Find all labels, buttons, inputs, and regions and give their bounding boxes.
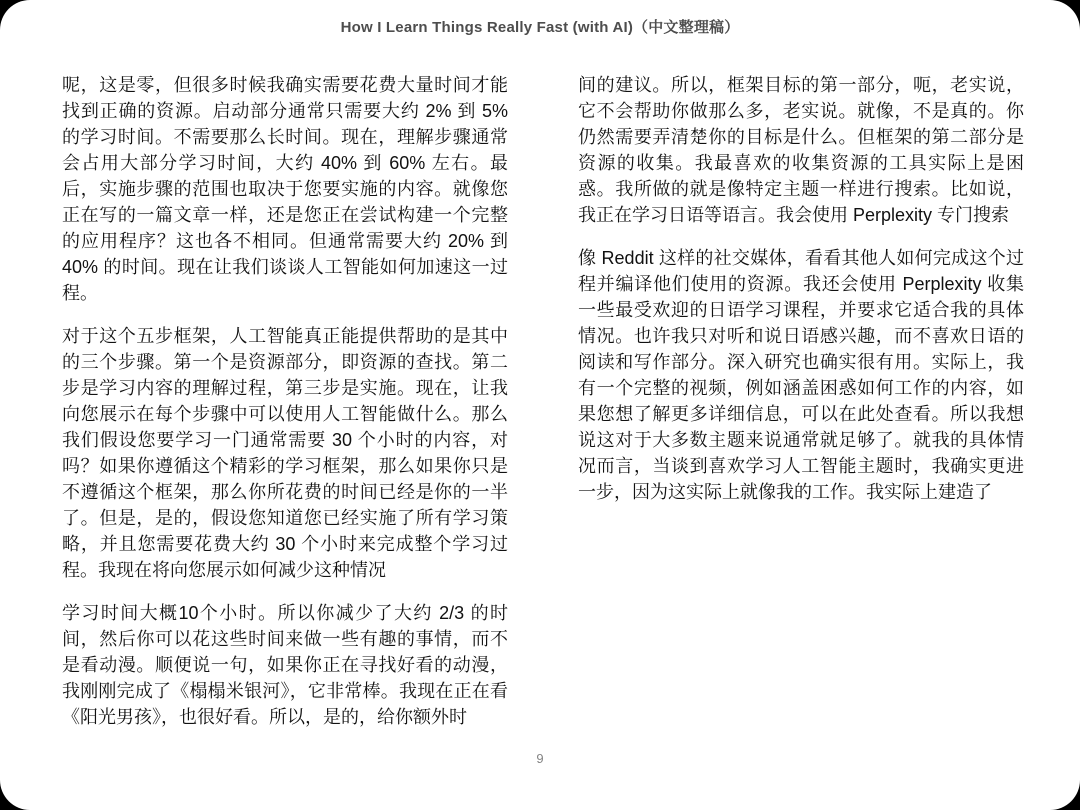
paragraph: 呢，这是零，但很多时候我确实需要花费大量时间才能找到正确的资源。启动部分通常只需…	[62, 72, 508, 306]
page-number: 9	[0, 751, 1080, 766]
text-column-right: 间的建议。所以，框架目标的第一部分，呃，老实说，它不会帮助你做那么多，老实说。就…	[578, 72, 1024, 747]
document-title: How I Learn Things Really Fast (with AI)…	[0, 16, 1080, 37]
paragraph: 对于这个五步框架，人工智能真正能提供帮助的是其中的三个步骤。第一个是资源部分，即…	[62, 323, 508, 583]
paragraph: 学习时间大概10个小时。所以你减少了大约 2/3 的时间，然后你可以花这些时间来…	[62, 600, 508, 730]
text-column-left: 呢，这是零，但很多时候我确实需要花费大量时间才能找到正确的资源。启动部分通常只需…	[62, 72, 508, 747]
paragraph: 间的建议。所以，框架目标的第一部分，呃，老实说，它不会帮助你做那么多，老实说。就…	[578, 72, 1024, 228]
page-content: 呢，这是零，但很多时候我确实需要花费大量时间才能找到正确的资源。启动部分通常只需…	[62, 72, 1024, 747]
document-page: How I Learn Things Really Fast (with AI)…	[0, 0, 1080, 810]
paragraph: 像 Reddit 这样的社交媒体，看看其他人如何完成这个过程并编译他们使用的资源…	[578, 245, 1024, 505]
